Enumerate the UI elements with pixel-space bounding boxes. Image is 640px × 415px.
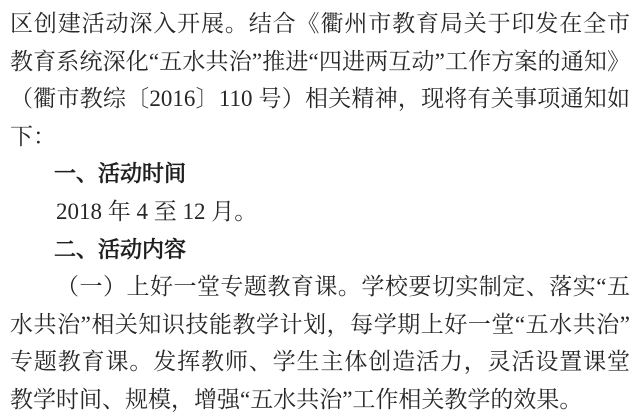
paragraph-activity-time: 2018 年 4 至 12 月。 — [10, 193, 630, 231]
paragraph-intro-continuation: 区创建活动深入开展。结合《衢州市教育局关于印发在全市教育系统深化“五水共治”推进… — [10, 5, 630, 155]
paragraph-activity-content-item1: （一）上好一堂专题教育课。学校要切实制定、落实“五水共治”相关知识技能教学计划，… — [10, 268, 630, 415]
section-heading-activity-time: 一、活动时间 — [10, 155, 630, 193]
document-page: 区创建活动深入开展。结合《衢州市教育局关于印发在全市教育系统深化“五水共治”推进… — [0, 0, 640, 415]
section-heading-activity-content: 二、活动内容 — [10, 231, 630, 269]
